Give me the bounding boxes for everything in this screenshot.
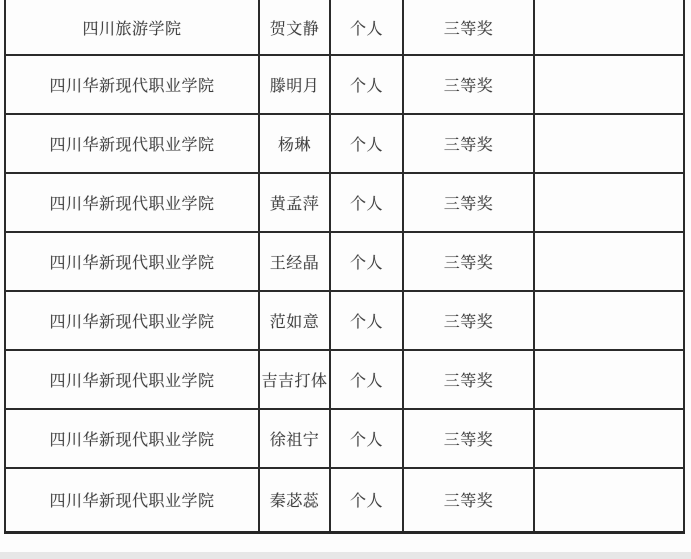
table-row: 四川华新现代职业学院 徐祖宁 个人 三等奖 (5, 409, 684, 468)
cell-institution: 四川旅游学院 (5, 0, 259, 55)
cell-institution: 四川华新现代职业学院 (5, 114, 259, 173)
cell-entry-type: 个人 (330, 291, 403, 350)
table-row: 四川华新现代职业学院 黄孟萍 个人 三等奖 (5, 173, 684, 232)
cell-name: 王经晶 (259, 232, 330, 291)
cell-name: 秦苾蕊 (259, 468, 330, 532)
cell-notes (534, 409, 684, 468)
cell-name: 杨琳 (259, 114, 330, 173)
cell-entry-type: 个人 (330, 0, 403, 55)
cell-award: 三等奖 (403, 232, 534, 291)
cell-award: 三等奖 (403, 409, 534, 468)
cell-name: 滕明月 (259, 55, 330, 114)
cell-name: 吉吉打体 (259, 350, 330, 409)
cell-notes (534, 0, 684, 55)
cell-name: 徐祖宁 (259, 409, 330, 468)
cell-entry-type: 个人 (330, 232, 403, 291)
cell-entry-type: 个人 (330, 468, 403, 532)
cell-institution: 四川华新现代职业学院 (5, 350, 259, 409)
cell-award: 三等奖 (403, 114, 534, 173)
cell-notes (534, 468, 684, 532)
cell-institution: 四川华新现代职业学院 (5, 232, 259, 291)
cell-notes (534, 173, 684, 232)
cell-award: 三等奖 (403, 0, 534, 55)
cell-entry-type: 个人 (330, 173, 403, 232)
cell-notes (534, 55, 684, 114)
scan-bottom-strip (0, 552, 691, 559)
cell-award: 三等奖 (403, 468, 534, 532)
cell-institution: 四川华新现代职业学院 (5, 468, 259, 532)
table-row: 四川华新现代职业学院 范如意 个人 三等奖 (5, 291, 684, 350)
cell-notes (534, 114, 684, 173)
cell-institution: 四川华新现代职业学院 (5, 55, 259, 114)
cell-entry-type: 个人 (330, 350, 403, 409)
cell-notes (534, 232, 684, 291)
cell-award: 三等奖 (403, 55, 534, 114)
table-row: 四川华新现代职业学院 杨琳 个人 三等奖 (5, 114, 684, 173)
cell-award: 三等奖 (403, 291, 534, 350)
cell-entry-type: 个人 (330, 409, 403, 468)
table-row: 四川华新现代职业学院 王经晶 个人 三等奖 (5, 232, 684, 291)
cell-award: 三等奖 (403, 350, 534, 409)
cell-notes (534, 291, 684, 350)
cell-entry-type: 个人 (330, 114, 403, 173)
table-row: 四川华新现代职业学院 滕明月 个人 三等奖 (5, 55, 684, 114)
cell-institution: 四川华新现代职业学院 (5, 173, 259, 232)
table-row: 四川旅游学院 贺文静 个人 三等奖 (5, 0, 684, 55)
table-row: 四川华新现代职业学院 吉吉打体 个人 三等奖 (5, 350, 684, 409)
cell-notes (534, 350, 684, 409)
cell-award: 三等奖 (403, 173, 534, 232)
cell-name: 范如意 (259, 291, 330, 350)
awards-table: 四川旅游学院 贺文静 个人 三等奖 四川华新现代职业学院 滕明月 个人 三等奖 … (4, 0, 685, 534)
cell-institution: 四川华新现代职业学院 (5, 409, 259, 468)
scanned-table-page: 四川旅游学院 贺文静 个人 三等奖 四川华新现代职业学院 滕明月 个人 三等奖 … (0, 0, 691, 559)
cell-institution: 四川华新现代职业学院 (5, 291, 259, 350)
cell-name: 黄孟萍 (259, 173, 330, 232)
cell-name: 贺文静 (259, 0, 330, 55)
table-row: 四川华新现代职业学院 秦苾蕊 个人 三等奖 (5, 468, 684, 532)
cell-entry-type: 个人 (330, 55, 403, 114)
